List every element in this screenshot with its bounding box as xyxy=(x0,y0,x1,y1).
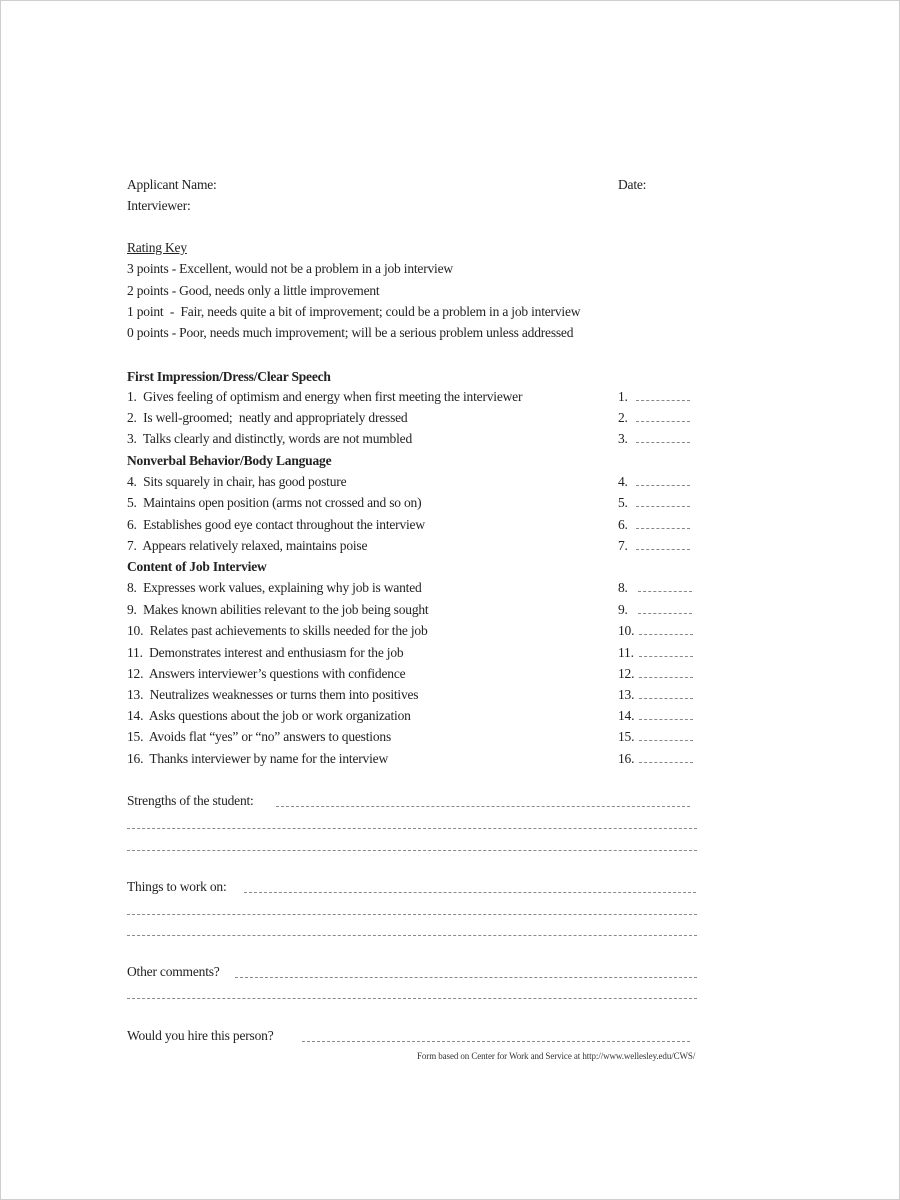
date-label: Date: xyxy=(618,177,646,193)
rating-key-item: 3 points - Excellent, would not be a pro… xyxy=(127,261,453,277)
other-comments-line[interactable] xyxy=(127,998,697,999)
score-field[interactable]: 12. xyxy=(618,666,693,682)
score-field[interactable]: 9. xyxy=(618,602,692,618)
criterion-item: 3. Talks clearly and distinctly, words a… xyxy=(127,431,412,447)
score-field[interactable]: 16. xyxy=(618,751,693,767)
work-on-line[interactable] xyxy=(127,935,697,936)
criterion-item: 5. Maintains open position (arms not cro… xyxy=(127,495,421,511)
score-blank[interactable] xyxy=(636,476,690,486)
criterion-item: 2. Is well-groomed; neatly and appropria… xyxy=(127,410,408,426)
score-field[interactable]: 8. xyxy=(618,580,692,596)
score-field[interactable]: 1. xyxy=(618,389,690,405)
criterion-item: 8. Expresses work values, explaining why… xyxy=(127,580,422,596)
score-blank[interactable] xyxy=(636,412,690,422)
score-blank[interactable] xyxy=(636,433,690,443)
criterion-item: 12. Answers interviewer’s questions with… xyxy=(127,666,405,682)
score-field[interactable]: 6. xyxy=(618,517,690,533)
strengths-line[interactable] xyxy=(127,828,697,829)
applicant-name-label: Applicant Name: xyxy=(127,177,217,193)
score-field[interactable]: 14. xyxy=(618,708,693,724)
section-title-content: Content of Job Interview xyxy=(127,559,267,575)
hire-answer-line[interactable] xyxy=(302,1041,690,1042)
criterion-item: 16. Thanks interviewer by name for the i… xyxy=(127,751,388,767)
score-field[interactable]: 10. xyxy=(618,623,693,639)
rating-key-item: 0 points - Poor, needs much improvement;… xyxy=(127,325,573,341)
score-blank[interactable] xyxy=(636,391,690,401)
score-blank[interactable] xyxy=(639,731,693,741)
footer-source-note: Form based on Center for Work and Servic… xyxy=(417,1048,695,1064)
strengths-label: Strengths of the student: xyxy=(127,793,254,809)
section-title-first-impression: First Impression/Dress/Clear Speech xyxy=(127,369,331,385)
criterion-item: 14. Asks questions about the job or work… xyxy=(127,708,411,724)
score-blank[interactable] xyxy=(638,582,692,592)
work-on-line[interactable] xyxy=(244,892,696,893)
other-comments-line[interactable] xyxy=(235,977,697,978)
score-blank[interactable] xyxy=(636,497,690,507)
score-field[interactable]: 7. xyxy=(618,538,690,554)
score-blank[interactable] xyxy=(636,519,690,529)
criterion-item: 7. Appears relatively relaxed, maintains… xyxy=(127,538,367,554)
interviewer-label: Interviewer: xyxy=(127,198,191,214)
score-blank[interactable] xyxy=(639,689,693,699)
score-blank[interactable] xyxy=(638,604,692,614)
other-comments-label: Other comments? xyxy=(127,964,220,980)
score-field[interactable]: 4. xyxy=(618,474,690,490)
criterion-item: 13. Neutralizes weaknesses or turns them… xyxy=(127,687,418,703)
criterion-item: 11. Demonstrates interest and enthusiasm… xyxy=(127,645,403,661)
score-blank[interactable] xyxy=(639,753,693,763)
score-field[interactable]: 5. xyxy=(618,495,690,511)
section-title-nonverbal: Nonverbal Behavior/Body Language xyxy=(127,453,331,469)
score-field[interactable]: 13. xyxy=(618,687,693,703)
score-field[interactable]: 11. xyxy=(618,645,693,661)
work-on-line[interactable] xyxy=(127,914,697,915)
score-field[interactable]: 2. xyxy=(618,410,690,426)
criterion-item: 1. Gives feeling of optimism and energy … xyxy=(127,389,522,405)
criterion-item: 4. Sits squarely in chair, has good post… xyxy=(127,474,346,490)
score-blank[interactable] xyxy=(639,710,693,720)
criterion-item: 9. Makes known abilities relevant to the… xyxy=(127,602,428,618)
strengths-line[interactable] xyxy=(127,850,697,851)
score-blank[interactable] xyxy=(639,668,693,678)
strengths-line[interactable] xyxy=(276,806,690,807)
criterion-item: 15. Avoids flat “yes” or “no” answers to… xyxy=(127,729,391,745)
score-field[interactable]: 15. xyxy=(618,729,693,745)
rating-key-item: 2 points - Good, needs only a little imp… xyxy=(127,283,379,299)
criterion-item: 10. Relates past achievements to skills … xyxy=(127,623,428,639)
score-field[interactable]: 3. xyxy=(618,431,690,447)
criterion-item: 6. Establishes good eye contact througho… xyxy=(127,517,425,533)
things-to-work-on-label: Things to work on: xyxy=(127,879,227,895)
score-blank[interactable] xyxy=(639,647,693,657)
rating-key-title: Rating Key xyxy=(127,240,187,256)
score-blank[interactable] xyxy=(636,540,690,550)
hire-question-label: Would you hire this person? xyxy=(127,1028,274,1044)
score-blank[interactable] xyxy=(639,625,693,635)
rating-key-item: 1 point - Fair, needs quite a bit of imp… xyxy=(127,304,580,320)
